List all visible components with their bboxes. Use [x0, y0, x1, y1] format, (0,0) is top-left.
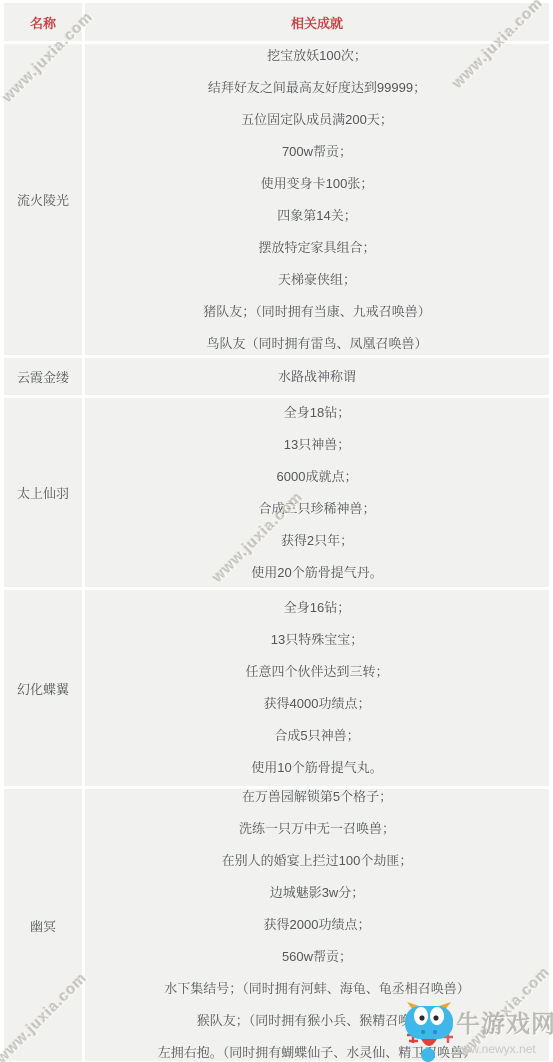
achievement-line: 合成5只神兽； — [85, 720, 549, 752]
achievement-line: 五位固定队成员满200天； — [85, 104, 549, 136]
achievement-line: 摆放特定家具组合； — [85, 232, 549, 264]
achievement-line: 使用变身卡100张； — [85, 168, 549, 200]
table-row: 流火陵光 挖宝放妖100次；结拜好友之间最高友好度达到99999；五位固定队成员… — [4, 44, 549, 355]
column-header-achievements: 相关成就 — [85, 3, 549, 41]
achievement-line: 700w帮贡； — [85, 136, 549, 168]
achievement-line: 13只神兽； — [85, 429, 549, 461]
achievements-page: 名称 相关成就 流火陵光 挖宝放妖100次；结拜好友之间最高友好度达到99999… — [0, 0, 553, 1062]
achievement-line: 在万兽园解锁第5个格子； — [85, 789, 549, 813]
achievement-line: 水路战神称谓 — [85, 361, 549, 393]
achievement-line: 天梯豪侠组； — [85, 264, 549, 296]
row-name: 幽冥 — [4, 789, 82, 1061]
achievement-line: 任意四个伙伴达到三转； — [85, 656, 549, 688]
newyx-site-url: www.newyx.net — [453, 1042, 536, 1056]
achievement-line: 13只特殊宝宝； — [85, 624, 549, 656]
achievement-line: 6000成就点； — [85, 461, 549, 493]
achievement-line: 结拜好友之间最高友好度达到99999； — [85, 72, 549, 104]
achievement-line: 边城魅影3w分； — [85, 877, 549, 909]
achievements-table: 名称 相关成就 流火陵光 挖宝放妖100次；结拜好友之间最高友好度达到99999… — [4, 3, 549, 1061]
achievement-line: 使用10个筋骨提气丸。 — [85, 752, 549, 784]
row-name: 太上仙羽 — [4, 398, 82, 587]
newyx-site-name: 牛游戏网 — [456, 1004, 553, 1039]
achievement-line: 水下集结号；（同时拥有河蚌、海龟、龟丞相召唤兽） — [85, 973, 549, 1005]
achievement-line: 四象第14关； — [85, 200, 549, 232]
row-achievements: 全身16钻；13只特殊宝宝；任意四个伙伴达到三转；获得4000功绩点；合成5只神… — [85, 590, 549, 786]
achievement-line: 获得2000功绩点； — [85, 909, 549, 941]
achievement-line: 挖宝放妖100次； — [85, 44, 549, 72]
achievement-line: 洗练一只万中无一召唤兽； — [85, 813, 549, 845]
table-header-row: 名称 相关成就 — [4, 3, 549, 41]
table-row: 太上仙羽 全身18钻；13只神兽；6000成就点；合成三只珍稀神兽；获得2只年；… — [4, 398, 549, 587]
row-achievements: 水路战神称谓 — [85, 358, 549, 395]
achievement-line: 全身16钻； — [85, 592, 549, 624]
achievement-line: 560w帮贡； — [85, 941, 549, 973]
row-achievements: 全身18钻；13只神兽；6000成就点；合成三只珍稀神兽；获得2只年；使用20个… — [85, 398, 549, 587]
achievement-line: 使用20个筋骨提气丹。 — [85, 557, 549, 588]
achievement-line: 获得2只年； — [85, 525, 549, 557]
achievement-line: 鸟队友（同时拥有雷鸟、凤凰召唤兽） — [85, 328, 549, 356]
achievement-line: 获得4000功绩点； — [85, 688, 549, 720]
column-header-name: 名称 — [4, 3, 82, 41]
table-row: 云霞金缕 水路战神称谓 — [4, 358, 549, 395]
row-name: 幻化蝶翼 — [4, 590, 82, 786]
newyx-cow-mascot-icon — [397, 1001, 461, 1062]
table-body: 流火陵光 挖宝放妖100次；结拜好友之间最高友好度达到99999；五位固定队成员… — [4, 44, 549, 1061]
table-row: 幻化蝶翼 全身16钻；13只特殊宝宝；任意四个伙伴达到三转；获得4000功绩点；… — [4, 590, 549, 786]
achievement-line: 在别人的婚宴上拦过100个劫匪； — [85, 845, 549, 877]
achievement-line: 合成三只珍稀神兽； — [85, 493, 549, 525]
achievement-line: 猪队友；（同时拥有当康、九戒召唤兽） — [85, 296, 549, 328]
row-name: 流火陵光 — [4, 44, 82, 355]
achievement-line: 全身18钻； — [85, 398, 549, 429]
row-name: 云霞金缕 — [4, 358, 82, 395]
row-achievements: 挖宝放妖100次；结拜好友之间最高友好度达到99999；五位固定队成员满200天… — [85, 44, 549, 355]
